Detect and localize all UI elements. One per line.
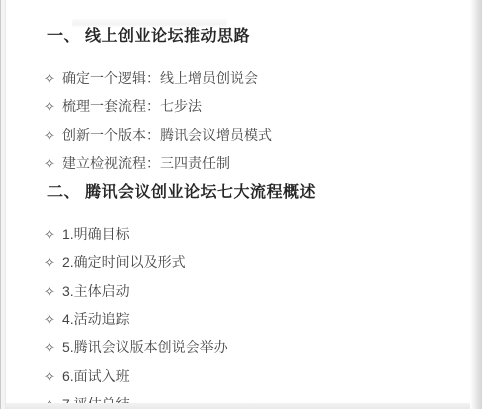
outline-item-text: 建立检视流程：三四责任制 [62,154,230,172]
diamond-bullet-icon: ✧ [44,254,62,272]
outline-item-text: 3.主体启动 [62,282,130,300]
diamond-bullet-icon: ✧ [44,283,62,301]
outline-item: ✧6.面试入班 [44,367,130,386]
outline-item: ✧2.确定时间以及形式 [44,253,186,272]
outline-item-text: 2.确定时间以及形式 [62,253,186,271]
page-edge-bottom [0,403,482,409]
outline-item: ✧1.明确目标 [44,225,130,244]
outline-item: ✧创新一个版本：腾讯会议增员模式 [44,126,272,145]
diamond-bullet-icon: ✧ [44,98,62,116]
outline-item: ✧4.活动追踪 [44,310,130,329]
outline-item-text: 创新一个版本：腾讯会议增员模式 [62,126,272,144]
faint-text-artifact [72,19,227,27]
diamond-bullet-icon: ✧ [44,339,62,357]
diamond-bullet-icon: ✧ [44,127,62,145]
outline-item-text: 5.腾讯会议版本创说会举办 [62,338,228,356]
page-edge-right [470,0,482,409]
outline-item-text: 4.活动追踪 [62,310,130,328]
outline-item: ✧梳理一套流程：七步法 [44,97,202,116]
document-page: 一、 线上创业论坛推动思路 ✧确定一个逻辑：线上增员创说会 ✧梳理一套流程：七步… [0,0,482,409]
page-edge-left [0,0,6,409]
diamond-bullet-icon: ✧ [44,70,62,88]
diamond-bullet-icon: ✧ [44,155,62,173]
outline-item: ✧建立检视流程：三四责任制 [44,154,230,173]
section-1-heading: 一、 线上创业论坛推动思路 [47,27,250,47]
outline-item: ✧5.腾讯会议版本创说会举办 [44,338,228,357]
diamond-bullet-icon: ✧ [44,311,62,329]
outline-item: ✧确定一个逻辑：线上增员创说会 [44,69,258,88]
outline-item-text: 确定一个逻辑：线上增员创说会 [62,69,258,87]
outline-item-text: 1.明确目标 [62,225,130,243]
diamond-bullet-icon: ✧ [44,368,62,386]
outline-item: ✧3.主体启动 [44,282,130,301]
outline-item-text: 6.面试入班 [62,367,130,385]
section-2-heading: 二、 腾讯会议创业论坛七大流程概述 [47,183,316,203]
diamond-bullet-icon: ✧ [44,226,62,244]
outline-item-text: 梳理一套流程：七步法 [62,97,202,115]
